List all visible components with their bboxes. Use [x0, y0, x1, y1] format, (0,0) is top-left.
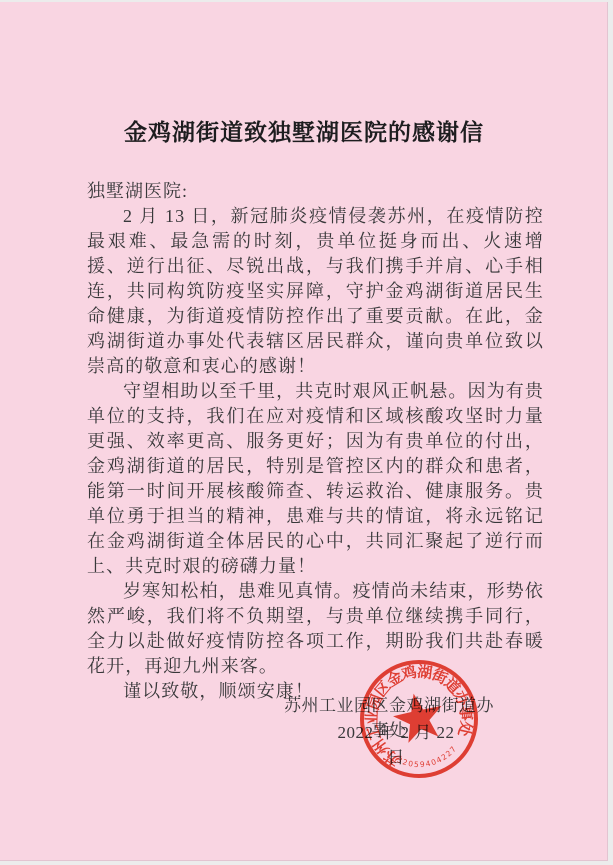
paragraph: 2 月 13 日，新冠肺炎疫情侵袭苏州，在疫情防控最艰难、最急需的时刻，贵单位挺… [87, 204, 544, 379]
letter-body: 2 月 13 日，新冠肺炎疫情侵袭苏州，在疫情防控最艰难、最急需的时刻，贵单位挺… [87, 204, 544, 704]
official-seal-icon: 苏州工业园区金鸡湖街道办事处 3205940422743 [344, 644, 493, 793]
salutation: 独墅湖医院: [87, 177, 188, 203]
paragraph: 守望相助以至千里，共克时艰风正帆悬。因为有贵单位的支持，我们在应对疫情和区域核酸… [87, 379, 544, 579]
paragraph: 岁寒知松柏，患难见真情。疫情尚未结束，形势依然严峻，我们将不负期望，与贵单位继续… [87, 579, 544, 679]
letter-title: 金鸡湖街道致独墅湖医院的感谢信 [0, 114, 608, 147]
letter-page: 金鸡湖街道致独墅湖医院的感谢信 独墅湖医院: 2 月 13 日，新冠肺炎疫情侵袭… [0, 2, 608, 861]
seal-star-icon [389, 688, 447, 744]
